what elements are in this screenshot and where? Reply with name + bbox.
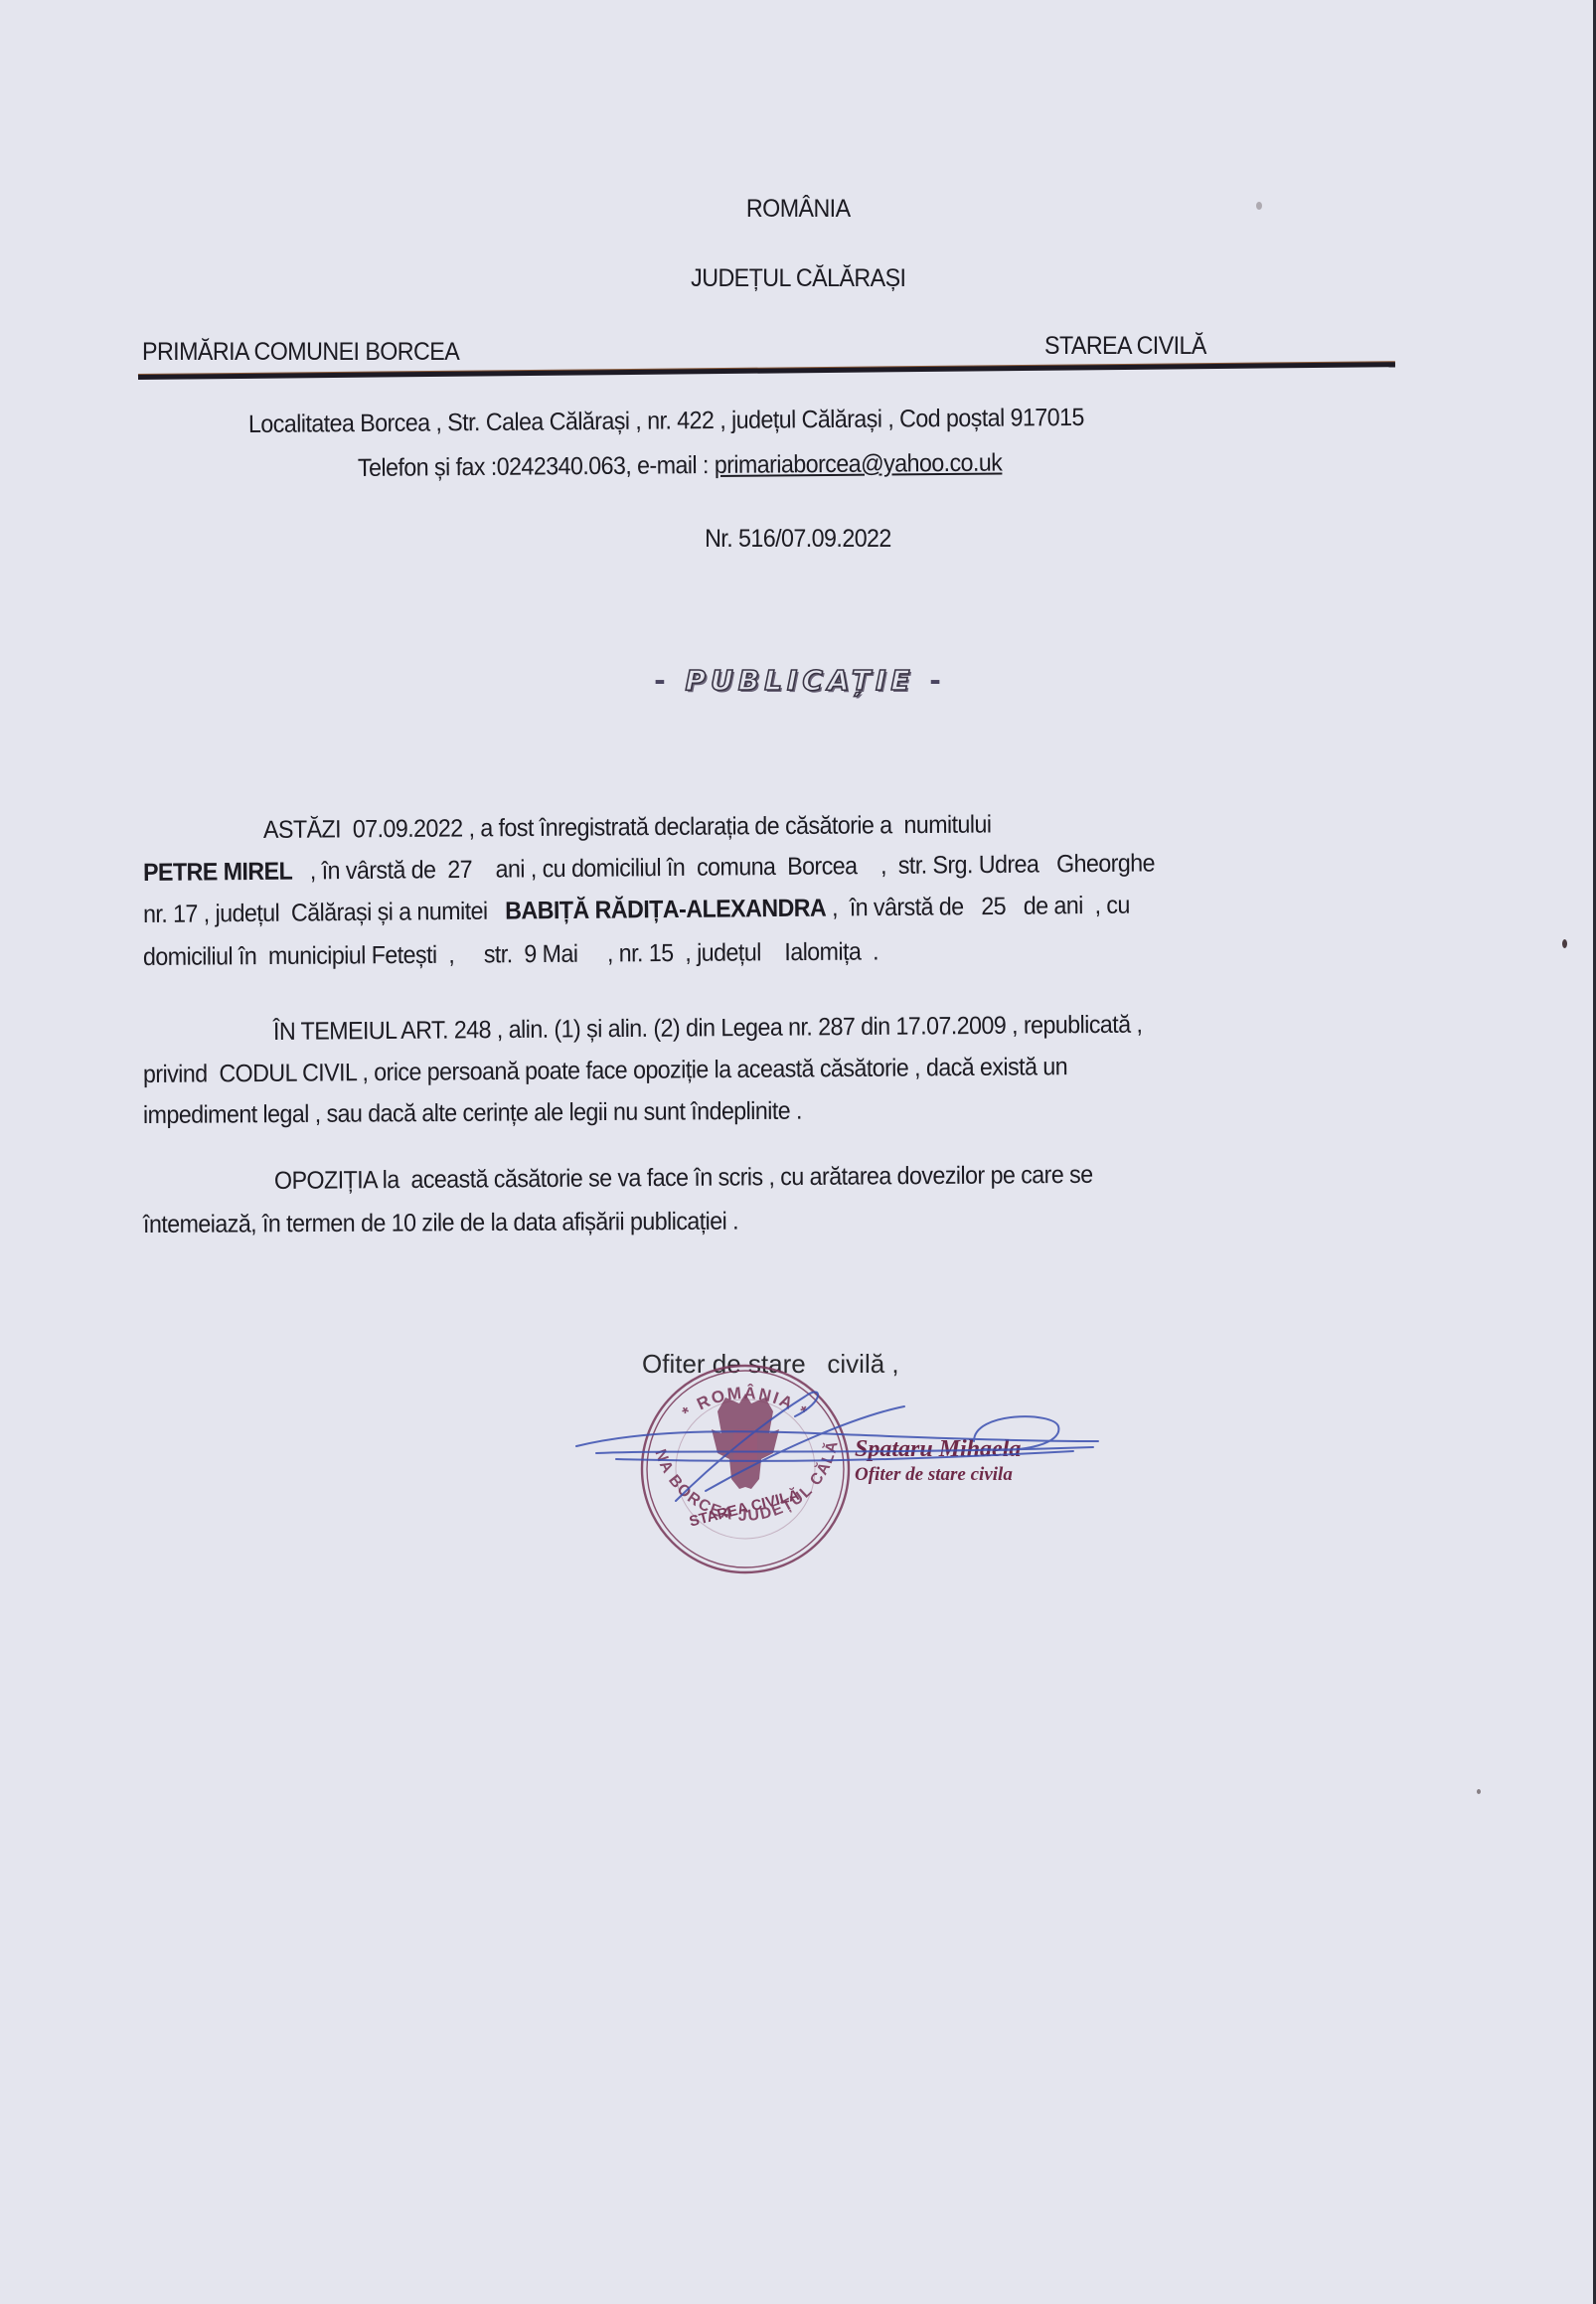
p3-line1: OPOZIȚIA la această căsătorie se va face… xyxy=(274,1160,1093,1196)
groom-details: , în vârstă de 27 ani , cu domiciliul în… xyxy=(292,849,1155,885)
registration-number-text: Nr. 516/07.09.2022 xyxy=(705,524,891,554)
title-dash-right: - xyxy=(929,664,946,697)
bride-details: , în vârstă de 25 de ani , cu xyxy=(826,892,1130,922)
p1-line3: nr. 17 , județul Călărași și a numitei B… xyxy=(143,891,1130,929)
officer-name: Spataru Mihaela xyxy=(855,1436,1021,1463)
header-department: STAREA CIVILĂ xyxy=(1044,331,1206,361)
phone-fax: Telefon și fax :0242340.063, e-mail : xyxy=(358,451,715,482)
title-dash-left: - xyxy=(654,664,671,697)
document-title-text: PUBLICAȚIE xyxy=(685,664,914,697)
contact-line: Telefon și fax :0242340.063, e-mail : pr… xyxy=(358,448,1003,483)
p2-line2: privind CODUL CIVIL , orice persoană poa… xyxy=(143,1052,1067,1089)
speck xyxy=(1562,939,1567,948)
speck xyxy=(1256,202,1262,210)
header-country: ROMÂNIA xyxy=(0,194,1596,224)
official-stamp-icon: * ROMÂNIA * COMUNA BORCEA JUDEȚUL CĂLĂRA… xyxy=(626,1352,865,1580)
header-county-text: JUDEȚUL CĂLĂRAȘI xyxy=(691,263,905,293)
header-institution: PRIMĂRIA COMUNEI BORCEA xyxy=(142,337,459,367)
groom-name: PETRE MIREL xyxy=(143,858,292,887)
contact-address: Localitatea Borcea , Str. Calea Călărași… xyxy=(248,403,1084,439)
registration-number: Nr. 516/07.09.2022 xyxy=(0,524,1596,554)
p1-line1: ASTĂZI 07.09.2022 , a fost înregistrată … xyxy=(263,810,992,845)
p3-line2: întemeiază, în termen de 10 zile de la d… xyxy=(143,1207,738,1239)
p2-line1: ÎN TEMEIUL ART. 248 , alin. (1) și alin.… xyxy=(273,1010,1143,1047)
p2-line3: impediment legal , sau dacă alte cerințe… xyxy=(143,1096,802,1130)
speck xyxy=(1477,1789,1481,1794)
officer-role: Ofiter de stare civila xyxy=(855,1464,1013,1486)
p1-line2: PETRE MIREL , în vârstă de 27 ani , cu d… xyxy=(143,848,1155,888)
bride-name: BABIȚĂ RĂDIȚA-ALEXANDRA xyxy=(505,895,826,925)
header-county: JUDEȚUL CĂLĂRAȘI xyxy=(0,263,1596,293)
email-link[interactable]: primariaborcea@yahoo.co.uk xyxy=(715,449,1003,479)
document-title: - PUBLICAȚIE - xyxy=(636,664,964,697)
header-country-text: ROMÂNIA xyxy=(746,194,851,224)
bride-intro: nr. 17 , județul Călărași și a numitei xyxy=(143,898,505,928)
p1-line4: domiciliul în municipiul Fetești , str. … xyxy=(143,936,878,972)
